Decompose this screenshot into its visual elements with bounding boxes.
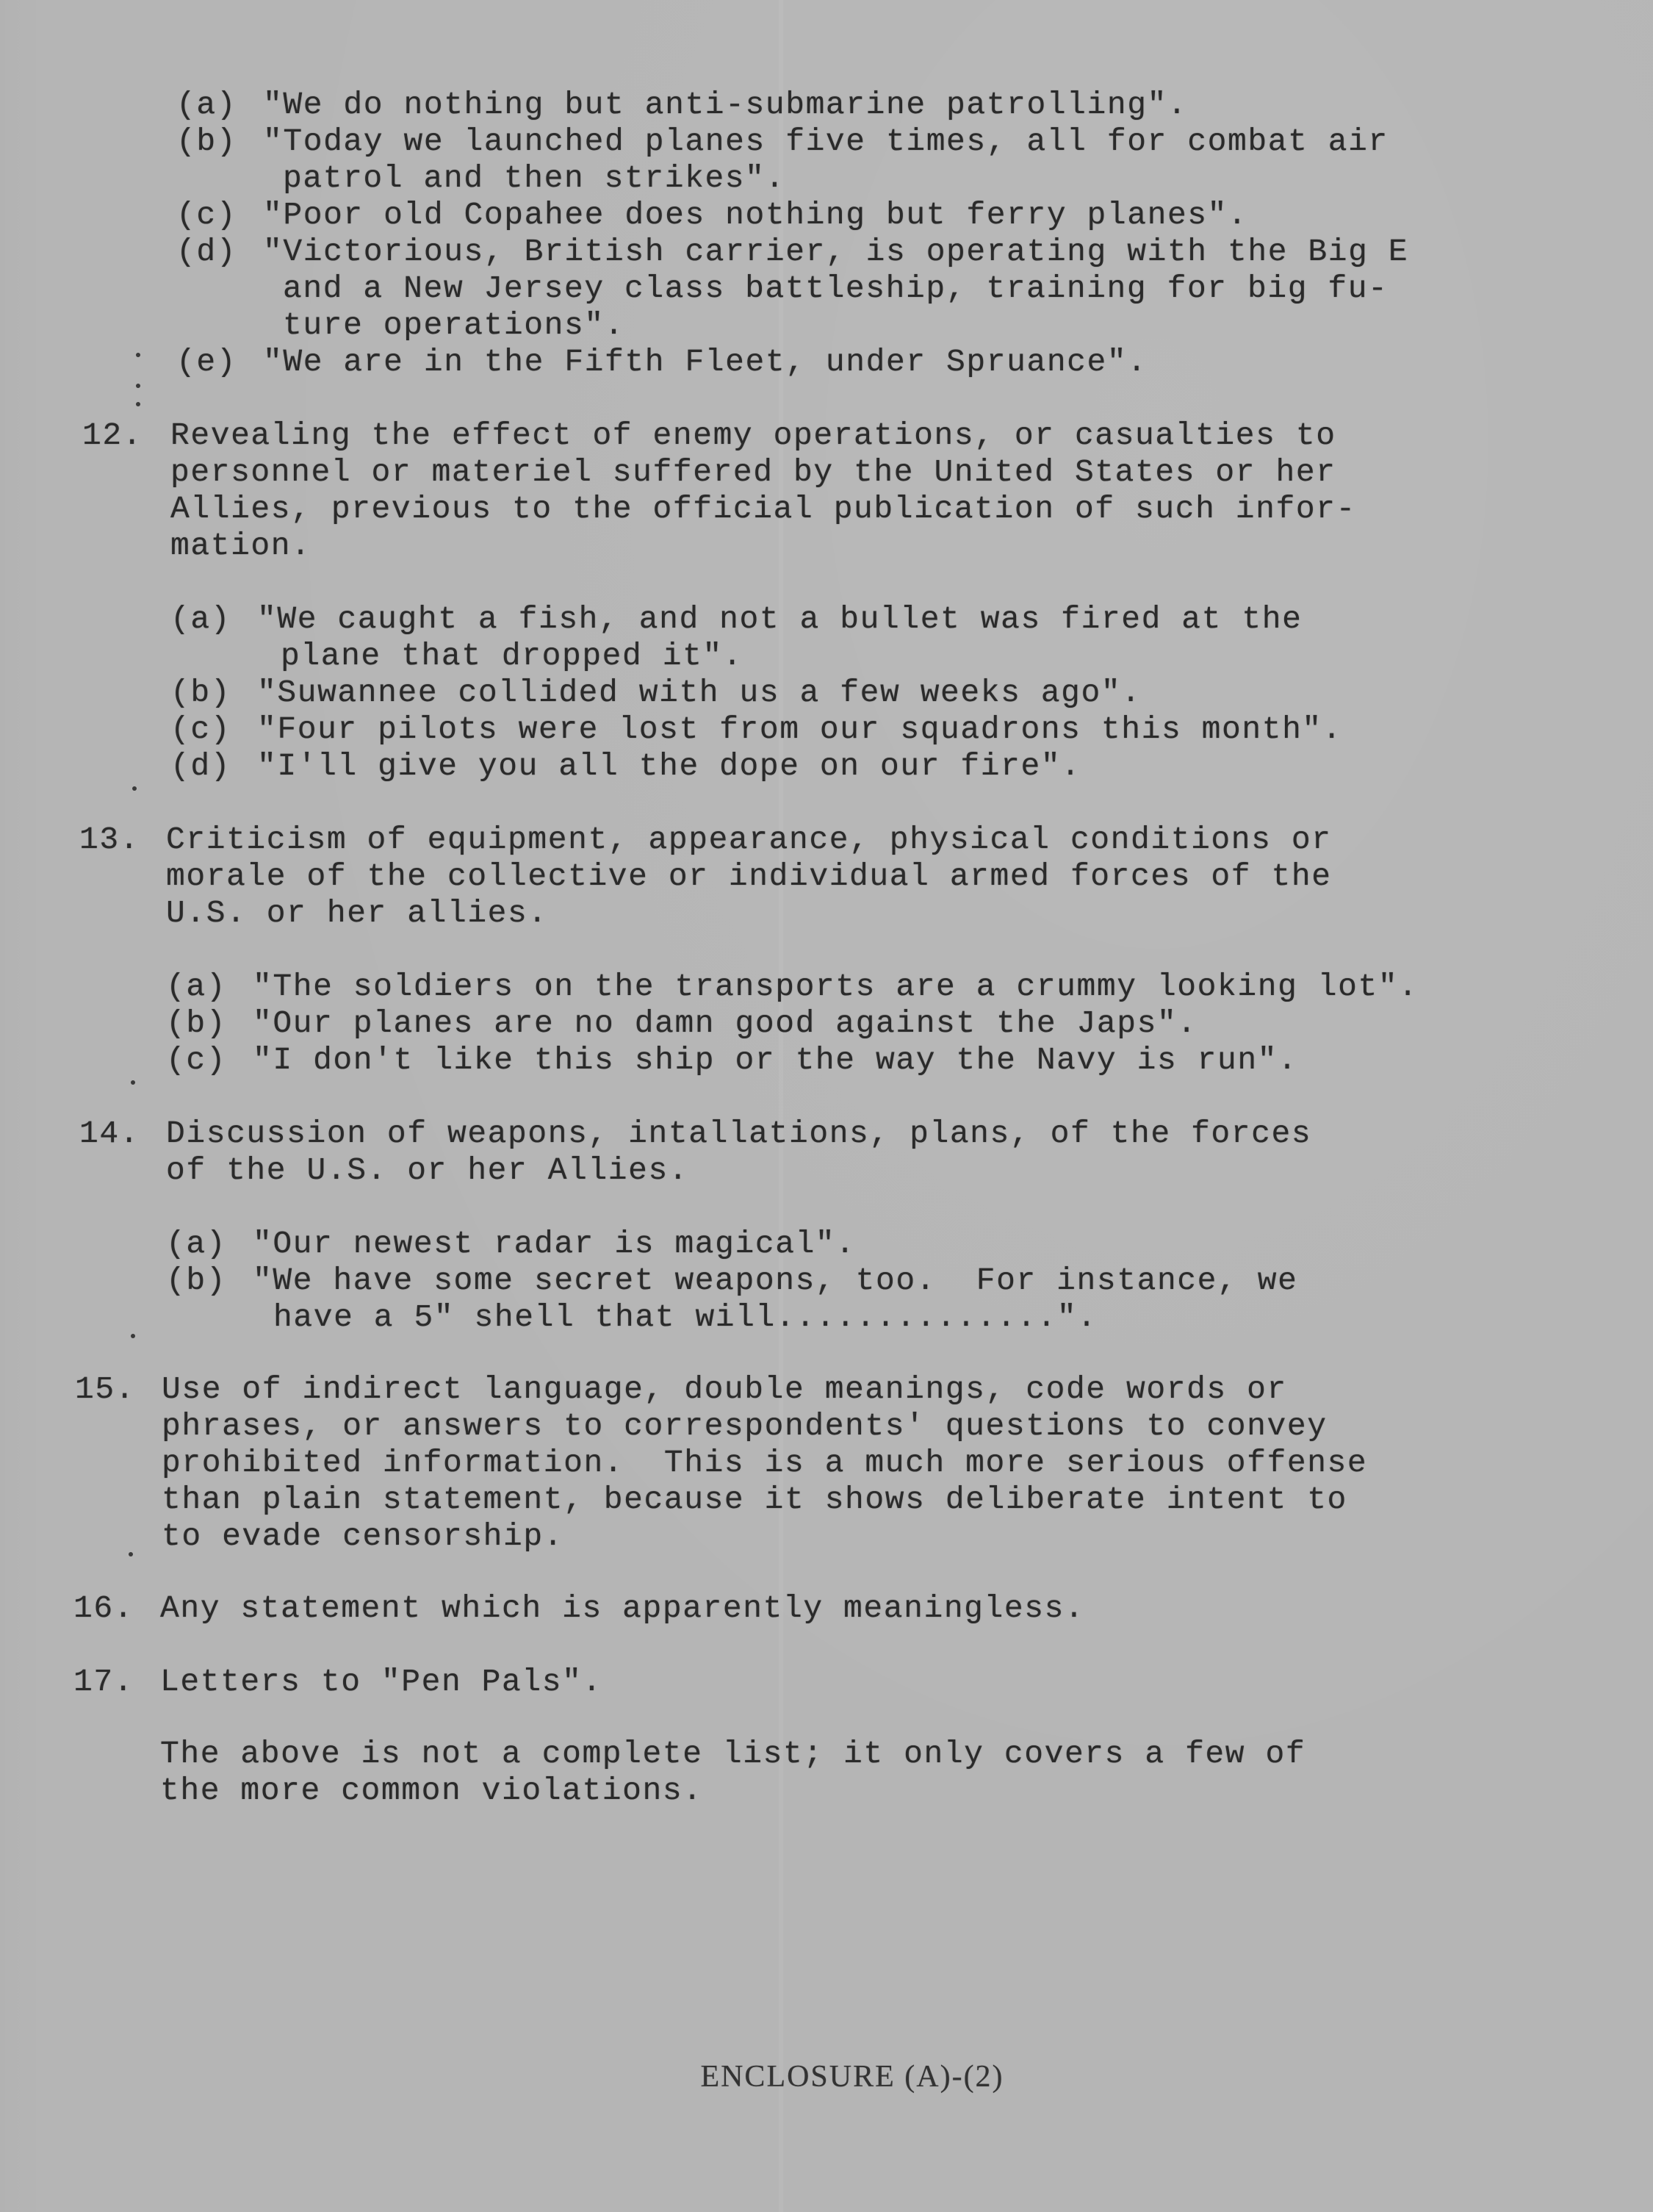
margin-dot [129,1552,133,1556]
section-text: Discussion of weapons, intallations, pla… [166,1116,1311,1152]
example-label: (a) [166,1226,226,1263]
example-label: (d) [170,748,231,785]
example-label: (a) [170,601,231,638]
example-label: (c) [166,1042,226,1079]
example-text: "We have some secret weapons, too. For i… [253,1263,1297,1299]
example-label: (b) [166,1263,226,1299]
example-label: (b) [176,123,237,160]
section-number: 15. [75,1371,135,1408]
margin-dot [136,353,140,357]
example-label: (b) [166,1005,226,1042]
example-text: "Suwannee collided with us a few weeks a… [257,675,1142,711]
section-text: than plain statement, because it shows d… [162,1482,1347,1518]
section-text: Letters to "Pen Pals". [160,1664,602,1701]
example-text: "We caught a fish, and not a bullet was … [257,601,1302,638]
example-text: "We do nothing but anti-submarine patrol… [263,87,1187,123]
document-page: (a) "We do nothing but anti-submarine pa… [0,0,1653,2212]
example-text: "Victorious, British carrier, is operati… [263,234,1408,270]
section-text: Any statement which is apparently meanin… [160,1590,1084,1627]
example-text: "Poor old Copahee does nothing but ferry… [263,197,1247,234]
section-text: prohibited information. This is a much m… [162,1445,1367,1482]
example-text: plane that dropped it". [281,638,743,675]
example-label: (b) [170,675,231,711]
section-text: to evade censorship. [162,1518,563,1555]
example-text: and a New Jersey class battleship, train… [283,270,1388,307]
section-text: phrases, or answers to correspondents' q… [162,1408,1328,1445]
example-text: "The soldiers on the transports are a cr… [253,969,1419,1005]
margin-dot [132,786,137,791]
margin-dot [136,384,140,388]
closing-note-text: The above is not a complete list; it onl… [160,1736,1306,1773]
enclosure-footer: ENCLOSURE (A)-(2) [0,2059,1653,2094]
example-text: patrol and then strikes". [283,160,785,197]
section-text: Revealing the effect of enemy operations… [170,417,1336,454]
example-text: "Our planes are no damn good against the… [253,1005,1198,1042]
example-text: "We are in the Fifth Fleet, under Spruan… [263,344,1148,381]
section-text: U.S. or her allies. [166,895,548,932]
example-label: (d) [176,234,237,270]
example-label: (c) [176,197,237,234]
section-text: mation. [170,528,311,564]
margin-dot [136,402,140,406]
example-label: (a) [166,969,226,1005]
example-text: "Four pilots were lost from our squadron… [257,711,1342,748]
section-text: morale of the collective or individual a… [166,858,1332,895]
section-text: Allies, previous to the official publica… [170,491,1356,528]
closing-note-text: the more common violations. [160,1773,703,1809]
section-number: 14. [79,1116,140,1152]
section-number: 17. [73,1664,134,1701]
example-text: ture operations". [283,307,624,344]
section-text: Criticism of equipment, appearance, phys… [166,822,1332,858]
section-number: 13. [79,822,140,858]
example-text: "Today we launched planes five times, al… [263,123,1389,160]
example-label: (e) [176,344,237,381]
margin-dot [131,1080,135,1085]
margin-dot [131,1334,135,1338]
example-text: "Our newest radar is magical". [253,1226,856,1263]
section-number: 12. [82,417,143,454]
example-label: (c) [170,711,231,748]
example-text: "I'll give you all the dope on our fire"… [257,748,1081,785]
section-number: 16. [73,1590,134,1627]
section-text: Use of indirect language, double meaning… [162,1371,1287,1408]
example-text: "I don't like this ship or the way the N… [253,1042,1297,1079]
paper-fold-crease [779,0,783,2212]
example-label: (a) [176,87,237,123]
example-text: have a 5" shell that will.............."… [273,1299,1098,1336]
section-text: personnel or materiel suffered by the Un… [170,454,1336,491]
section-text: of the U.S. or her Allies. [166,1152,688,1189]
